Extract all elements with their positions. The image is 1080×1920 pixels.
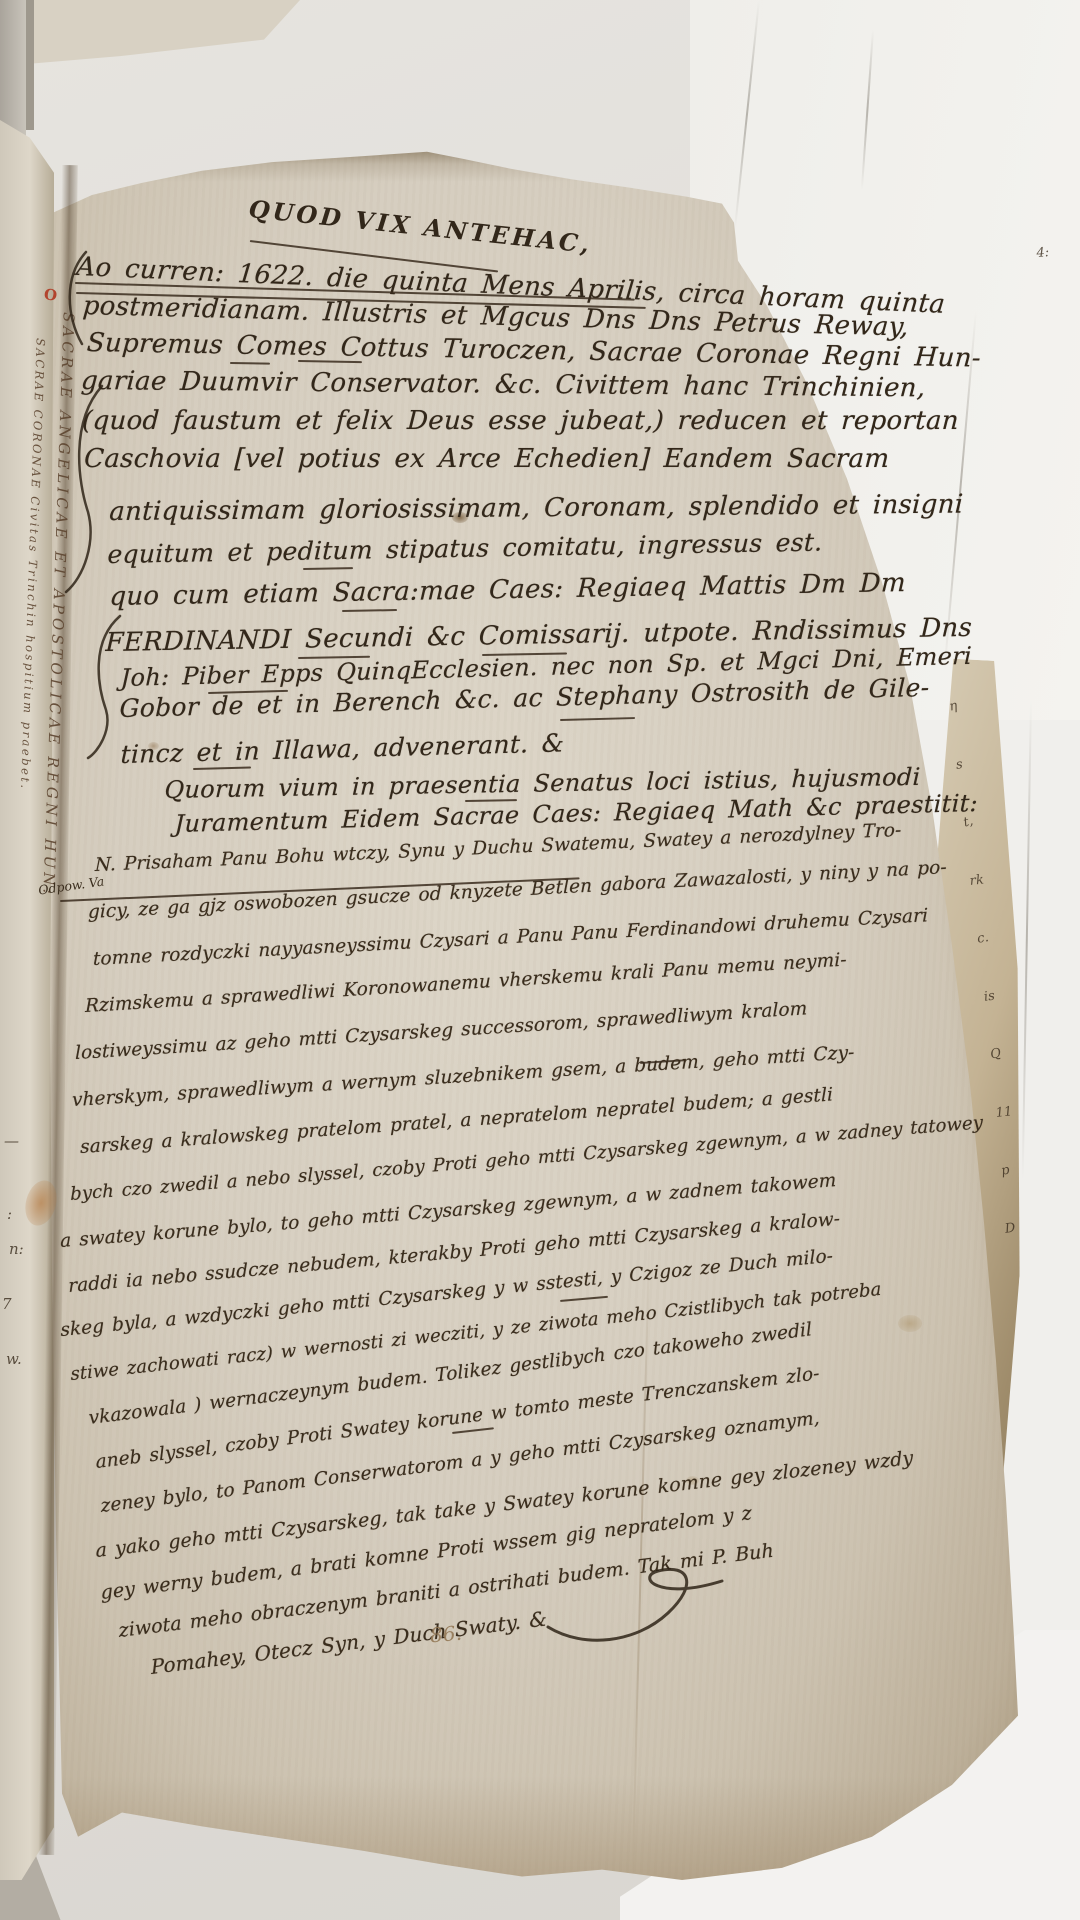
- ink-stain: [452, 512, 468, 523]
- manuscript-photo: QUOD VIX ANTEHAC, SACRAE ANGELICAE ET AP…: [0, 0, 1080, 1920]
- fox-spot: [686, 1476, 699, 1485]
- fox-spot: [148, 742, 159, 750]
- backing-paper-top-left-torn-edge: [0, 0, 300, 72]
- fox-spot: [898, 1315, 922, 1332]
